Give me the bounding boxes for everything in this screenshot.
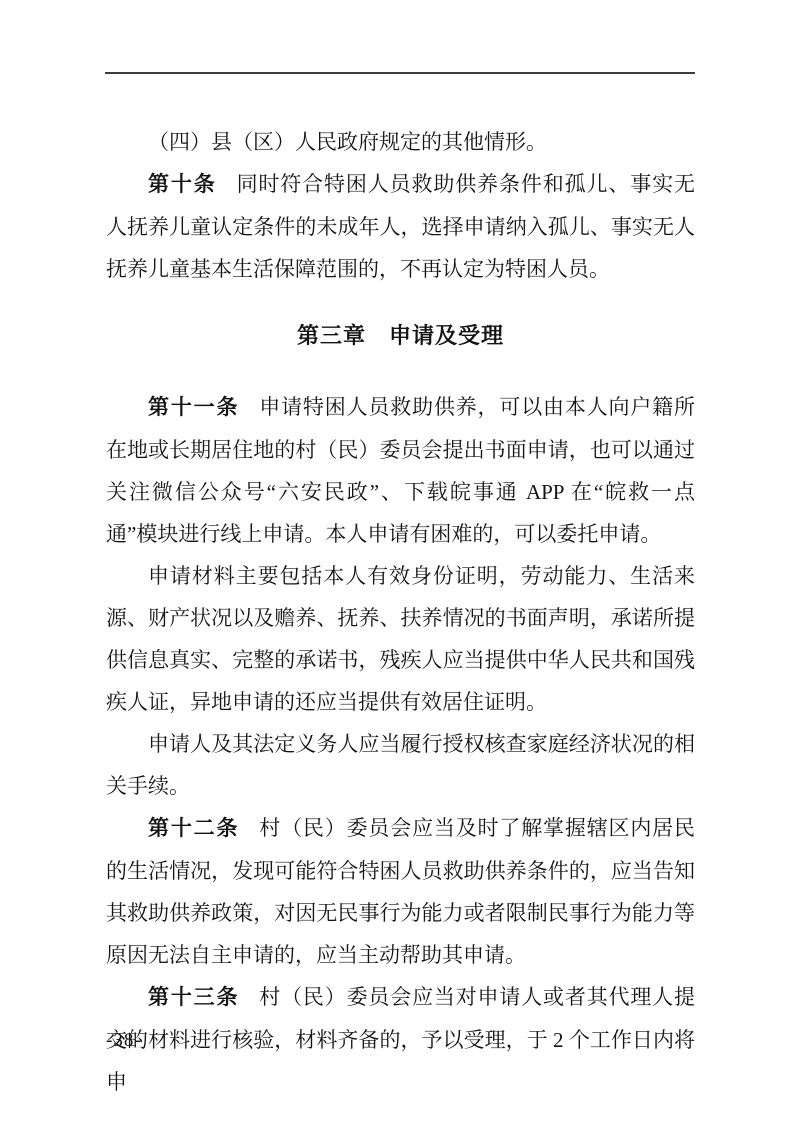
chapter-heading: 第三章 申请及受理 xyxy=(106,315,695,357)
paragraph-article-10: 第十条同时符合特困人员救助供养条件和孤儿、事实无人抚养儿童认定条件的未成年人，选… xyxy=(106,163,695,290)
paragraph-article-11: 第十一条申请特困人员救助供养，可以由本人向户籍所在地或长期居住地的村（民）委员会… xyxy=(106,386,695,555)
paragraph-article-12: 第十二条村（民）委员会应当及时了解掌握辖区内居民的生活情况，发现可能符合特困人员… xyxy=(106,807,695,976)
paragraph-text: 申请材料主要包括本人有效身份证明，劳动能力、生活来源、财产状况以及赡养、抚养、扶… xyxy=(106,564,695,714)
paragraph-text: 申请人及其法定义务人应当履行授权核查家庭经济状况的相关手续。 xyxy=(106,732,695,798)
paragraph-authorization-procedure: 申请人及其法定义务人应当履行授权核查家庭经济状况的相关手续。 xyxy=(106,723,695,807)
article-number-label: 第十一条 xyxy=(148,396,239,419)
article-number-label: 第十二条 xyxy=(148,817,239,840)
document-page: （四）县（区）人民政府规定的其他情形。 第十条同时符合特困人员救助供养条件和孤儿… xyxy=(0,0,793,1122)
article-number-label: 第十条 xyxy=(148,173,217,196)
page-footer: -38- xyxy=(106,1029,142,1053)
paragraph-item-4-other-cases: （四）县（区）人民政府规定的其他情形。 xyxy=(106,121,695,163)
paragraph-text: （四）县（区）人民政府规定的其他情形。 xyxy=(148,130,547,154)
paragraph-application-materials: 申请材料主要包括本人有效身份证明，劳动能力、生活来源、财产状况以及赡养、抚养、扶… xyxy=(106,555,695,723)
paragraph-article-13: 第十三条村（民）委员会应当对申请人或者其代理人提交的材料进行核验，材料齐备的，予… xyxy=(106,976,695,1103)
article-number-label: 第十三条 xyxy=(148,986,239,1009)
page-number: -38- xyxy=(106,1030,142,1051)
header-rule xyxy=(105,72,695,74)
document-body: （四）县（区）人民政府规定的其他情形。 第十条同时符合特困人员救助供养条件和孤儿… xyxy=(106,121,695,1103)
